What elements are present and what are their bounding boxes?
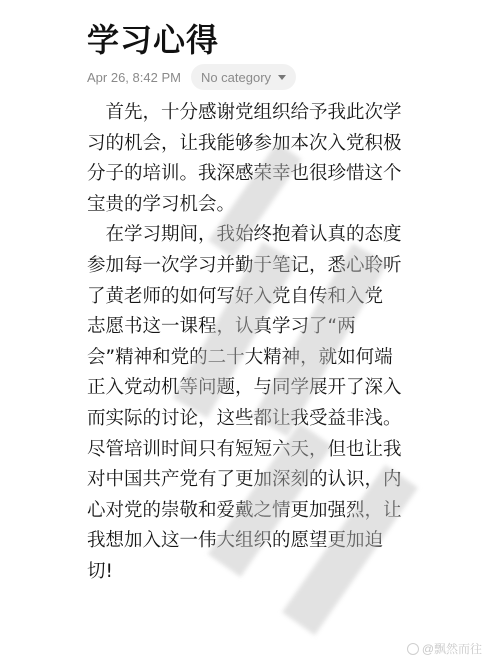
- note-line: 我想加入这一伟大组织的愿望更加迫: [87, 526, 417, 557]
- note-line: 会”精神和党的二十大精神，就如何端: [87, 343, 417, 374]
- note-line: 参加每一次学习并勤于笔记，悉心聆听: [87, 251, 417, 282]
- note-line: 在学习期间，我始终抱着认真的态度: [87, 220, 417, 251]
- note-line: 了黄老师的如何写好入党自传和入党: [87, 282, 417, 313]
- category-label: No category: [201, 70, 271, 85]
- caret-down-icon: [278, 75, 286, 80]
- watermark-text: @飘然而往: [422, 640, 482, 657]
- note-line: 志愿书这一课程，认真学习了“两: [87, 312, 417, 343]
- note-line: 分子的培训。我深感荣幸也很珍惜这个: [87, 159, 417, 190]
- note-line: 宝贵的学习机会。: [87, 190, 417, 221]
- note-date: Apr 26, 8:42 PM: [87, 70, 181, 85]
- note-title[interactable]: 学习心得: [87, 20, 219, 60]
- note-paragraph: 首先，十分感谢党组织给予我此次学 习的机会，让我能够参加本次入党积极 分子的培训…: [87, 98, 417, 588]
- note-body[interactable]: 首先，十分感谢党组织给予我此次学 习的机会，让我能够参加本次入党积极 分子的培训…: [87, 98, 417, 588]
- note-line: 首先，十分感谢党组织给予我此次学: [87, 98, 417, 129]
- note-line: 尽管培训时间只有短短六天，但也让我: [87, 435, 417, 466]
- note-meta: Apr 26, 8:42 PM No category: [87, 64, 296, 90]
- note-line: 切!: [87, 557, 417, 588]
- watermark: @飘然而往: [407, 640, 482, 657]
- paw-icon: [407, 643, 419, 655]
- note-line: 心对党的崇敬和爱戴之情更加强烈，让: [87, 496, 417, 527]
- note-line: 正入党动机等问题，与同学展开了深入: [87, 373, 417, 404]
- category-dropdown[interactable]: No category: [191, 64, 296, 90]
- note-line: 对中国共产党有了更加深刻的认识，内: [87, 465, 417, 496]
- note-line: 而实际的讨论，这些都让我受益非浅。: [87, 404, 417, 435]
- note-line: 习的机会，让我能够参加本次入党积极: [87, 129, 417, 160]
